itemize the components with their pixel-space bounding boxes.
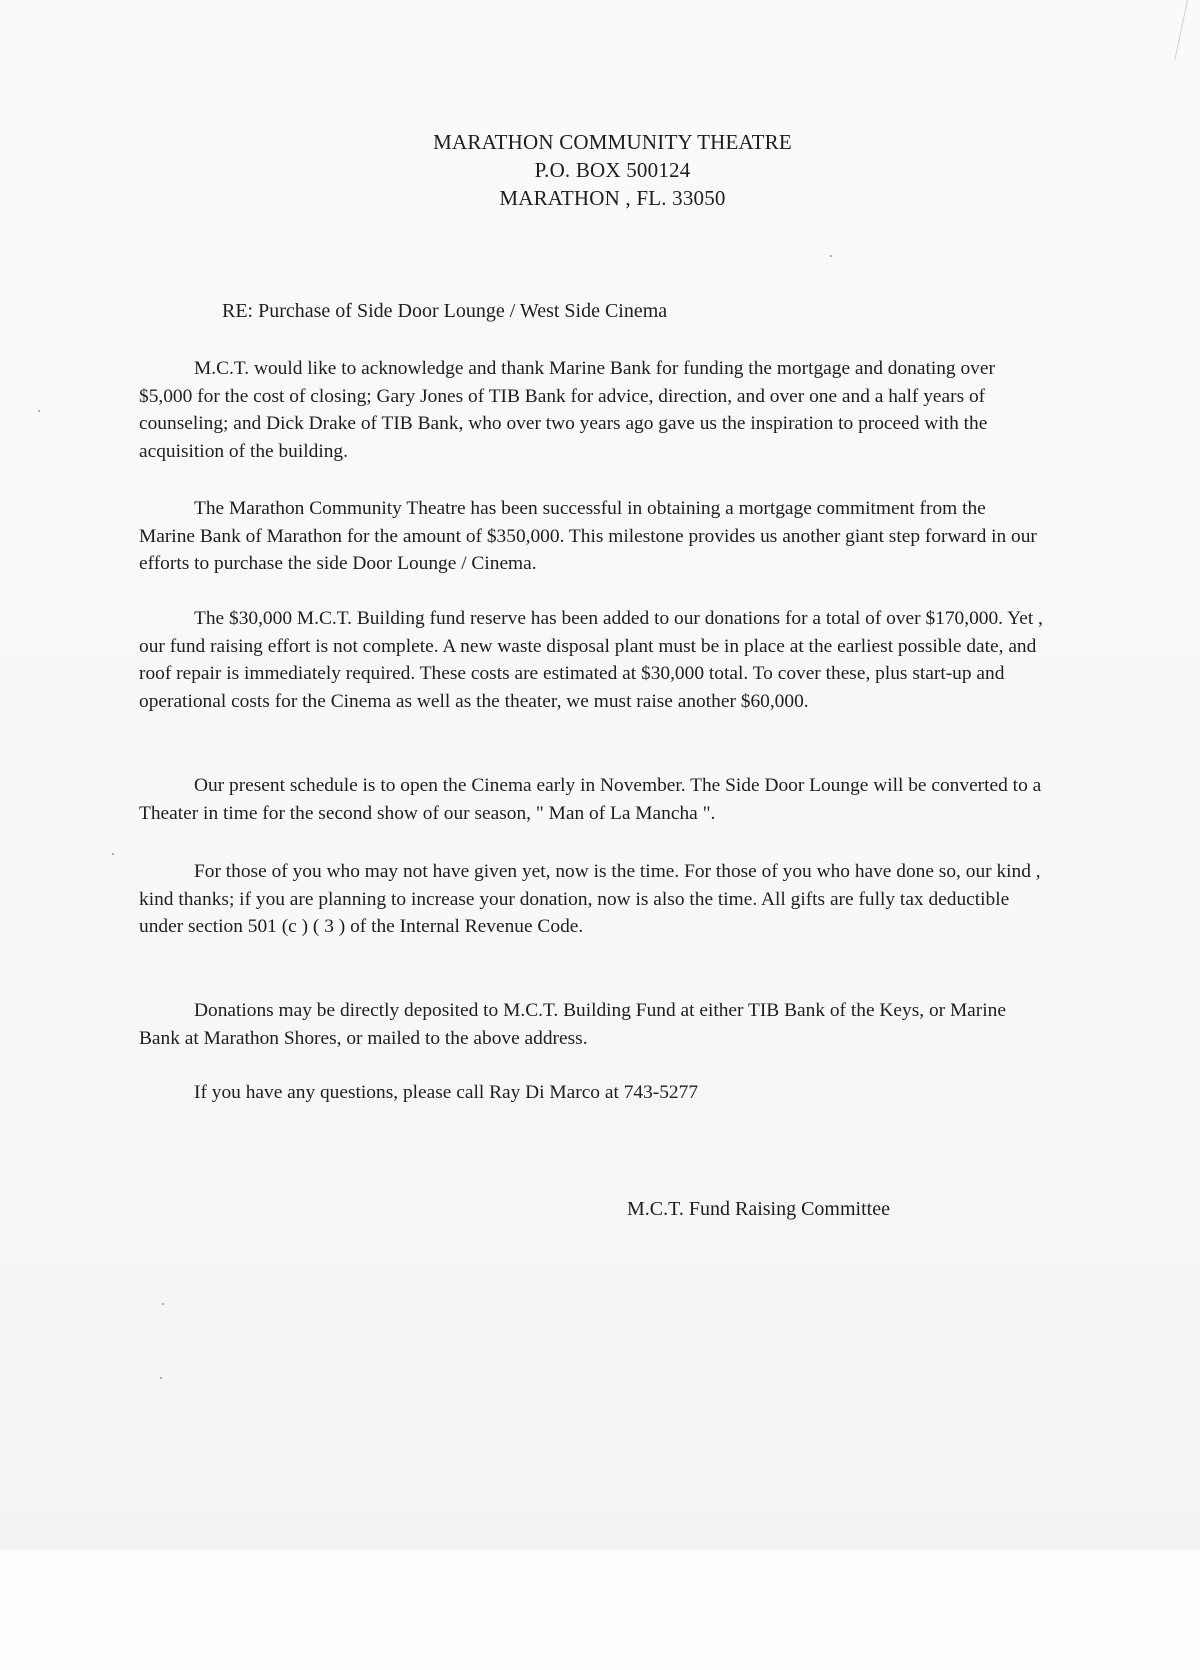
scan-speck (830, 255, 832, 257)
paragraph-deposit-instructions: Donations may be directly deposited to M… (139, 997, 1044, 1052)
letter-page: MARATHON COMMUNITY THEATRE P.O. BOX 5001… (0, 0, 1200, 1550)
paragraph-text: The $30,000 M.C.T. Building fund reserve… (139, 608, 1043, 712)
scan-speck (160, 1377, 162, 1379)
paragraph-acknowledgements: M.C.T. would like to acknowledge and tha… (139, 355, 1044, 465)
paragraph-schedule: Our present schedule is to open the Cine… (139, 772, 1044, 827)
paragraph-text: The Marathon Community Theatre has been … (139, 498, 1037, 574)
paragraph-text: If you have any questions, please call R… (194, 1082, 698, 1103)
paragraph-mortgage-commitment: The Marathon Community Theatre has been … (139, 495, 1044, 578)
letterhead-organization: MARATHON COMMUNITY THEATRE (25, 128, 1200, 156)
scan-speck (38, 410, 40, 412)
scan-speck (162, 1303, 164, 1305)
paragraph-building-fund: The $30,000 M.C.T. Building fund reserve… (139, 605, 1044, 715)
letterhead-po-box: P.O. BOX 500124 (25, 156, 1200, 184)
page-corner-fold (1174, 0, 1200, 60)
letterhead-city-state-zip: MARATHON , FL. 33050 (25, 184, 1200, 212)
paragraph-contact: If you have any questions, please call R… (139, 1079, 1044, 1107)
paragraph-donation-appeal: For those of you who may not have given … (139, 858, 1044, 941)
scan-speck (112, 853, 114, 855)
paragraph-text: Our present schedule is to open the Cine… (139, 775, 1041, 824)
paragraph-text: For those of you who may not have given … (139, 861, 1041, 937)
signature: M.C.T. Fund Raising Committee (627, 1198, 890, 1221)
paragraph-text: Donations may be directly deposited to M… (139, 1000, 1006, 1049)
scanner-bed-margin (0, 1550, 1200, 1670)
letterhead: MARATHON COMMUNITY THEATRE P.O. BOX 5001… (0, 128, 1200, 212)
paragraph-text: M.C.T. would like to acknowledge and tha… (139, 358, 995, 462)
subject-line: RE: Purchase of Side Door Lounge / West … (222, 300, 667, 323)
